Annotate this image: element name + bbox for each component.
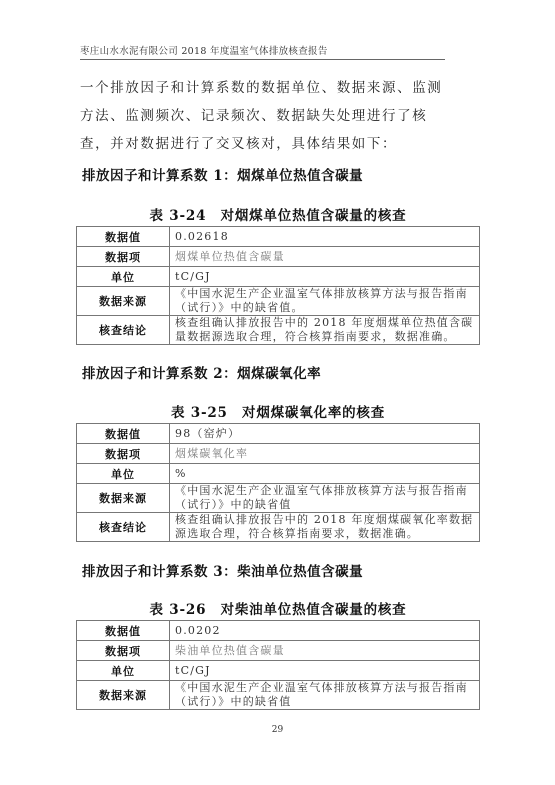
- row-value: 烟煤单位热值含碳量: [170, 247, 480, 267]
- row-value: %: [170, 464, 480, 484]
- table-caption-3-26: 表 3-26 对柴油单位热值含碳量的核查: [76, 598, 480, 618]
- row-value: 98（窑炉）: [170, 424, 480, 444]
- table-caption-3-24: 表 3-24 对烟煤单位热值含碳量的核查: [76, 204, 480, 224]
- row-label: 单位: [77, 661, 170, 681]
- row-label: 单位: [77, 267, 170, 287]
- table-row: 单位 tC/GJ: [77, 661, 480, 681]
- table-caption-3-25: 表 3-25 对烟煤碳氧化率的核查: [76, 401, 480, 421]
- section-heading-2: 排放因子和计算系数 2：烟煤碳氧化率: [82, 362, 321, 382]
- row-value: 烟煤碳氧化率: [170, 444, 480, 464]
- row-label: 数据项: [77, 247, 170, 267]
- row-value: tC/GJ: [170, 267, 480, 287]
- row-label: 核查结论: [77, 316, 170, 345]
- table-row: 数据值 0.0202: [77, 621, 480, 641]
- row-value: 0.0202: [170, 621, 480, 641]
- intro-paragraph: 一个排放因子和计算系数的数据单位、数据来源、监测方法、监测频次、记录频次、数据缺…: [80, 74, 445, 158]
- section-heading-3: 排放因子和计算系数 3：柴油单位热值含碳量: [82, 560, 363, 580]
- table-3-25: 数据值 98（窑炉） 数据项 烟煤碳氧化率 单位 % 数据来源 《中国水泥生产企…: [76, 423, 480, 542]
- table-row: 数据值 98（窑炉）: [77, 424, 480, 444]
- section-heading-1: 排放因子和计算系数 1：烟煤单位热值含碳量: [82, 164, 363, 184]
- table-row: 数据值 0.02618: [77, 227, 480, 247]
- table-row: 数据项 烟煤单位热值含碳量: [77, 247, 480, 267]
- row-value: 《中国水泥生产企业温室气体排放核算方法与报告指南（试行）》中的缺省值: [170, 484, 480, 513]
- table-row: 数据来源 《中国水泥生产企业温室气体排放核算方法与报告指南（试行）》中的缺省值: [77, 681, 480, 710]
- row-label: 核查结论: [77, 513, 170, 542]
- row-label: 数据来源: [77, 484, 170, 513]
- row-value: 《中国水泥生产企业温室气体排放核算方法与报告指南（试行）》中的缺省值: [170, 681, 480, 710]
- row-label: 数据值: [77, 227, 170, 247]
- table-row: 核查结论 核查组确认排放报告中的 2018 年度烟煤碳氧化率数据源选取合理，符合…: [77, 513, 480, 542]
- table-row: 单位 tC/GJ: [77, 267, 480, 287]
- row-value: 柴油单位热值含碳量: [170, 641, 480, 661]
- table-row: 核查结论 核查组确认排放报告中的 2018 年度烟煤单位热值含碳量数据源选取合理…: [77, 316, 480, 345]
- table-3-24: 数据值 0.02618 数据项 烟煤单位热值含碳量 单位 tC/GJ 数据来源 …: [76, 226, 480, 345]
- running-header: 枣庄山水水泥有限公司 2018 年度温室气体排放核查报告: [80, 43, 445, 60]
- row-value: tC/GJ: [170, 661, 480, 681]
- row-value: 0.02618: [170, 227, 480, 247]
- table-row: 数据项 柴油单位热值含碳量: [77, 641, 480, 661]
- page-number: 29: [0, 725, 555, 735]
- table-3-26: 数据值 0.0202 数据项 柴油单位热值含碳量 单位 tC/GJ 数据来源 《…: [76, 620, 480, 710]
- row-label: 数据项: [77, 641, 170, 661]
- row-label: 数据值: [77, 621, 170, 641]
- row-value: 《中国水泥生产企业温室气体排放核算方法与报告指南（试行）》中的缺省值。: [170, 287, 480, 316]
- table-row: 数据来源 《中国水泥生产企业温室气体排放核算方法与报告指南（试行）》中的缺省值: [77, 484, 480, 513]
- row-value: 核查组确认排放报告中的 2018 年度烟煤单位热值含碳量数据源选取合理，符合核算…: [170, 316, 480, 345]
- row-label: 数据来源: [77, 287, 170, 316]
- row-label: 数据值: [77, 424, 170, 444]
- table-row: 数据项 烟煤碳氧化率: [77, 444, 480, 464]
- row-label: 单位: [77, 464, 170, 484]
- table-row: 数据来源 《中国水泥生产企业温室气体排放核算方法与报告指南（试行）》中的缺省值。: [77, 287, 480, 316]
- row-label: 数据来源: [77, 681, 170, 710]
- row-label: 数据项: [77, 444, 170, 464]
- table-row: 单位 %: [77, 464, 480, 484]
- row-value: 核查组确认排放报告中的 2018 年度烟煤碳氧化率数据源选取合理，符合核算指南要…: [170, 513, 480, 542]
